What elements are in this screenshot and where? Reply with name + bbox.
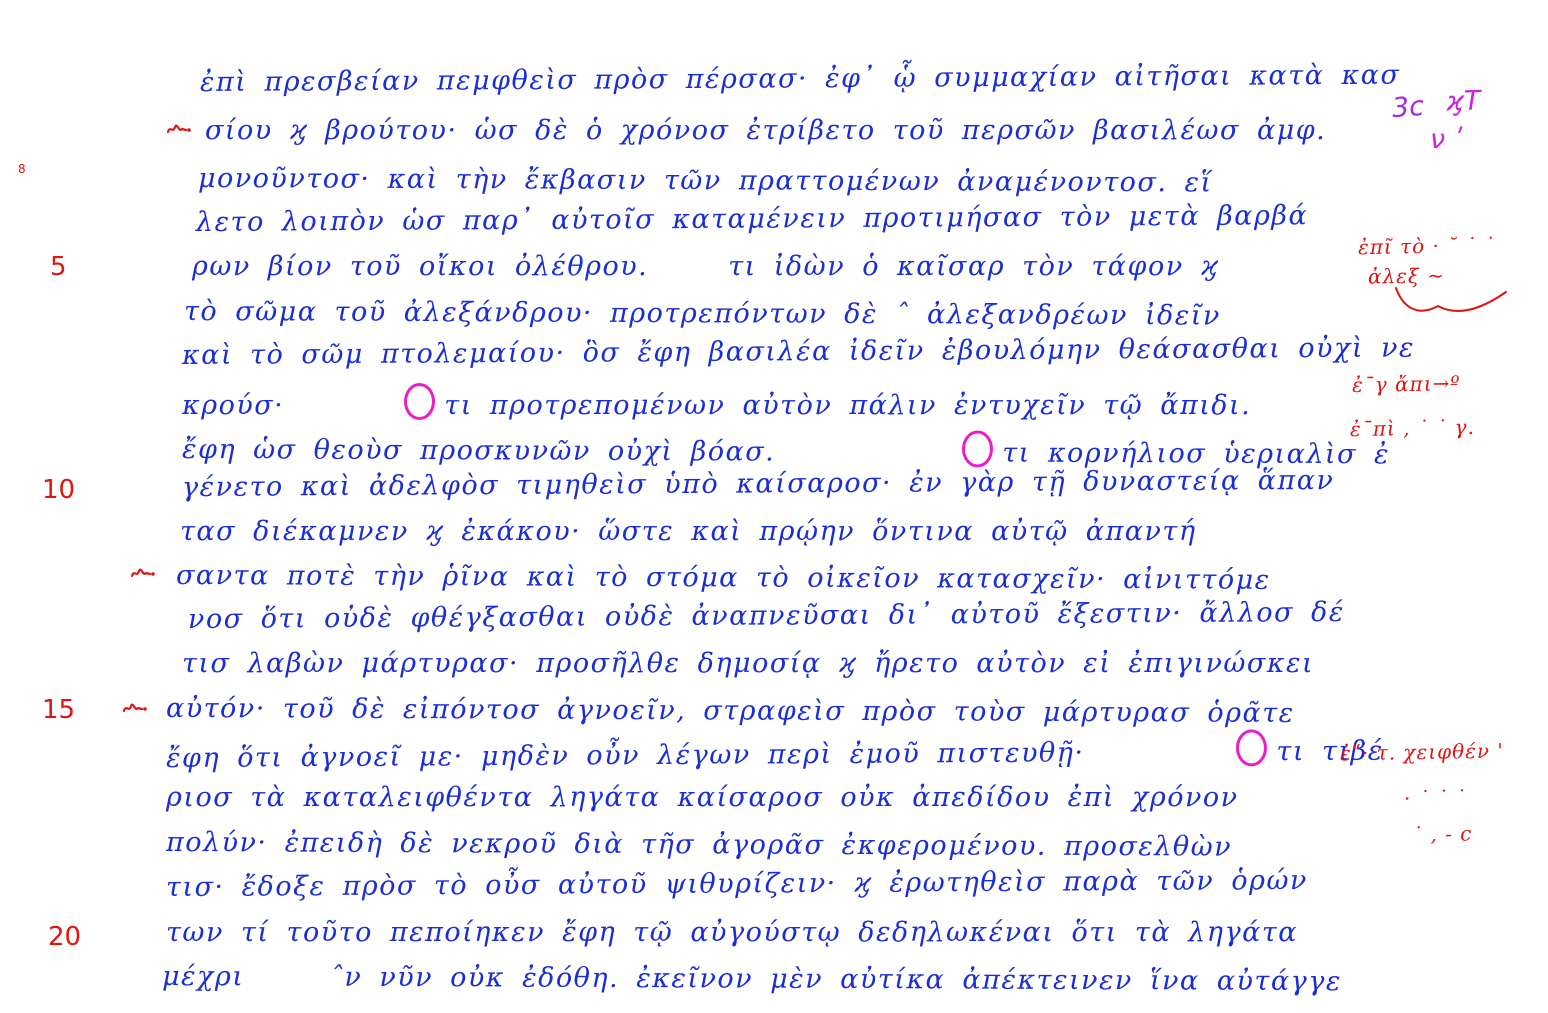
margin-note-1: ἐπῖ τὸ · ˘ ˙ ˙ [1358, 233, 1495, 259]
line-text: ˆν νῦν οὐκ ἐδόθη. ἐκεῖνον μὲν αὐτίκα ἀπέ… [329, 962, 1342, 997]
line-number-10: 10 [42, 475, 75, 505]
manuscript-line-16: ἔφη ὅτι ἀγνοεῖ με· μηδὲν οὖν λέγων περὶ … [166, 729, 1384, 776]
manuscript-line-2: σίου ϗ βρούτου· ὡσ δὲ ὁ χρόνοσ ἐτρίβετο … [205, 114, 1326, 148]
line-text: ἐπὶ πρεσβείαν πεμφθεὶσ πρὸσ πέρσασ· ἐφ᾽ … [200, 60, 1401, 98]
line-text: αὐτόν· τοῦ δὲ εἰπόντοσ ἀγνοεῖν, στραφεὶσ… [166, 693, 1295, 729]
manuscript-line-15: αὐτόν· τοῦ δὲ εἰπόντοσ ἀγνοεῖν, στραφεὶσ… [166, 692, 1295, 731]
line-text: σίου ϗ βρούτου· ὡσ δὲ ὁ χρόνοσ ἐτρίβετο … [205, 115, 1326, 146]
line-text: ἔφη ὅτι ἀγνοεῖ με· μηδὲν οὖν λέγων περὶ … [166, 737, 1085, 774]
manuscript-line-8: κρούσ·τι προτρεπομένων αὐτὸν πάλιν ἐντυχ… [182, 383, 1251, 423]
manuscript-line-14: τισ λαβὼν μάρτυρασ· προσῆλθε δημοσίᾳ ϗ ἤ… [182, 647, 1314, 681]
line-text: τισ λαβὼν μάρτυρασ· προσῆλθε δημοσίᾳ ϗ ἤ… [182, 648, 1314, 679]
manuscript-line-1: ἐπὶ πρεσβείαν πεμφθεὶσ πρὸσ πέρσασ· ἐφ᾽ … [200, 59, 1401, 100]
paragraph-mark-2 [130, 566, 156, 582]
folio-mark: 8 [18, 162, 26, 176]
blank-space [775, 460, 960, 462]
corner-annotation-below: ν ʹ [1430, 124, 1461, 155]
line-text: τι ἰδὼν ὁ καῖσαρ τὸν τάφον ϗ [728, 251, 1219, 282]
line-text: τισ· ἔδοξε πρὸσ τὸ οὖσ αὐτοῦ ψιθυρίζειν·… [166, 865, 1308, 903]
margin-note-7: ˙ , - c [1412, 821, 1473, 846]
blank-space [1085, 759, 1235, 761]
margin-note-6: · ˙ ˙ ˙ [1404, 785, 1467, 810]
line-text: καὶ τὸ σῶμ πτολεμαίου· ὃσ ἔφη βασιλέα ἰδ… [182, 332, 1415, 371]
line-text: νοσ ὅτι οὐδὲ φθέγξασθαι οὐδὲ ἀναπνεῦσαι … [188, 597, 1345, 635]
manuscript-line-21: μέχριˆν νῦν οὐκ ἐδόθη. ἐκεῖνον μὲν αὐτίκ… [162, 960, 1342, 999]
rubricated-initial-circle [962, 430, 993, 467]
manuscript-line-12: σαντα ποτὲ τὴν ῥῖνα καὶ τὸ στόμα τὸ οἰκε… [176, 559, 1271, 598]
line-text: μονοῦντοσ· καὶ τὴν ἔκβασιν τῶν πραττομέν… [198, 163, 1213, 198]
corner-annotation-left: 3ϲ [1391, 91, 1425, 124]
line-text: μέχρι [162, 961, 244, 992]
manuscript-line-17: ριοσ τὰ καταλειφθέντα ληγάτα καίσαροσ οὐ… [166, 781, 1239, 815]
line-number-5: 5 [50, 252, 67, 282]
manuscript-line-20: των τί τοῦτο πεποίηκεν ἔφη τῷ αὐγούστῳ δ… [166, 916, 1298, 950]
line-text: ριοσ τὰ καταλειφθέντα ληγάτα καίσαροσ οὐ… [166, 782, 1239, 813]
margin-note-flourish [1390, 284, 1510, 322]
manuscript-line-3: μονοῦντοσ· καὶ τὴν ἔκβασιν τῶν πραττομέν… [198, 162, 1213, 200]
corner-annotation-right: ϗΤ [1445, 85, 1480, 117]
manuscript-line-19: τισ· ἔδοξε πρὸσ τὸ οὖσ αὐτοῦ ψιθυρίζειν·… [166, 864, 1308, 905]
manuscript-line-18: πολύν· ἐπειδὴ δὲ νεκροῦ διὰ τῆσ ἀγορᾶσ ἐ… [166, 826, 1232, 865]
blank-space [244, 984, 329, 985]
line-text: τὸ σῶμα τοῦ ἀλεξάνδρου· προτρεπόντων δὲ … [184, 296, 1221, 332]
margin-note-4: ἐ¯πὶ , ˙ ˙ γ. [1350, 415, 1475, 441]
line-text: γένετο καὶ ἀδελφὸσ τιμηθεὶσ ὑπὸ καίσαροσ… [182, 465, 1335, 503]
margin-note-5: ἐʺ· τ. χειφθέν ' [1340, 739, 1504, 766]
paragraph-mark-3 [122, 701, 148, 717]
line-text: τι προτρεπομένων αὐτὸν πάλιν ἐντυχεῖν τῷ… [444, 390, 1251, 421]
blank-space [648, 274, 728, 275]
manuscript-line-4: λετο λοιπὸν ὡσ παρ᾽ αὐτοῖσ καταμένειν πρ… [196, 199, 1308, 240]
manuscript-line-6: τὸ σῶμα τοῦ ἀλεξάνδρου· προτρεπόντων δὲ … [184, 295, 1221, 334]
line-number-15: 15 [42, 695, 75, 725]
manuscript-line-5: ρων βίον τοῦ οἴκοι ὀλέθρου.τι ἰδὼν ὁ καῖ… [192, 250, 1219, 284]
line-text: λετο λοιπὸν ὡσ παρ᾽ αὐτοῖσ καταμένειν πρ… [196, 200, 1308, 238]
line-text: ἔφη ὡσ θεοὺσ προσκυνῶν οὐχὶ βόασ. [182, 434, 775, 468]
line-text: σαντα ποτὲ τὴν ῥῖνα καὶ τὸ στόμα τὸ οἰκε… [176, 560, 1271, 596]
blank-space [284, 413, 402, 414]
line-text: πολύν· ἐπειδὴ δὲ νεκροῦ διὰ τῆσ ἀγορᾶσ ἐ… [166, 827, 1232, 863]
manuscript-line-13: νοσ ὅτι οὐδὲ φθέγξασθαι οὐδὲ ἀναπνεῦσαι … [188, 596, 1345, 637]
line-text: ρων βίον τοῦ οἴκοι ὀλέθρου. [192, 251, 648, 282]
line-text: τασ διέκαμνεν ϗ ἐκάκου· ὥστε καὶ πρῴην ὅ… [180, 516, 1197, 547]
line-number-20: 20 [48, 922, 81, 952]
manuscript-line-10: γένετο καὶ ἀδελφὸσ τιμηθεὶσ ὑπὸ καίσαροσ… [182, 464, 1335, 505]
manuscript-page: 3ϲ ϗΤ ν ʹ 51015208ἐπὶ πρεσβείαν πεμφθεὶσ… [0, 0, 1548, 1013]
manuscript-line-7: καὶ τὸ σῶμ πτολεμαίου· ὃσ ἔφη βασιλέα ἰδ… [182, 331, 1415, 373]
line-text: κρούσ· [182, 390, 284, 421]
paragraph-mark-1 [166, 122, 192, 138]
rubricated-initial-circle [1236, 729, 1267, 766]
rubricated-initial-circle [404, 383, 435, 420]
line-text: των τί τοῦτο πεποίηκεν ἔφη τῷ αὐγούστῳ δ… [166, 917, 1298, 948]
margin-note-3: ἐ¯γ ἄπι→º [1352, 371, 1461, 397]
manuscript-line-11: τασ διέκαμνεν ϗ ἐκάκου· ὥστε καὶ πρῴην ὅ… [180, 515, 1197, 549]
